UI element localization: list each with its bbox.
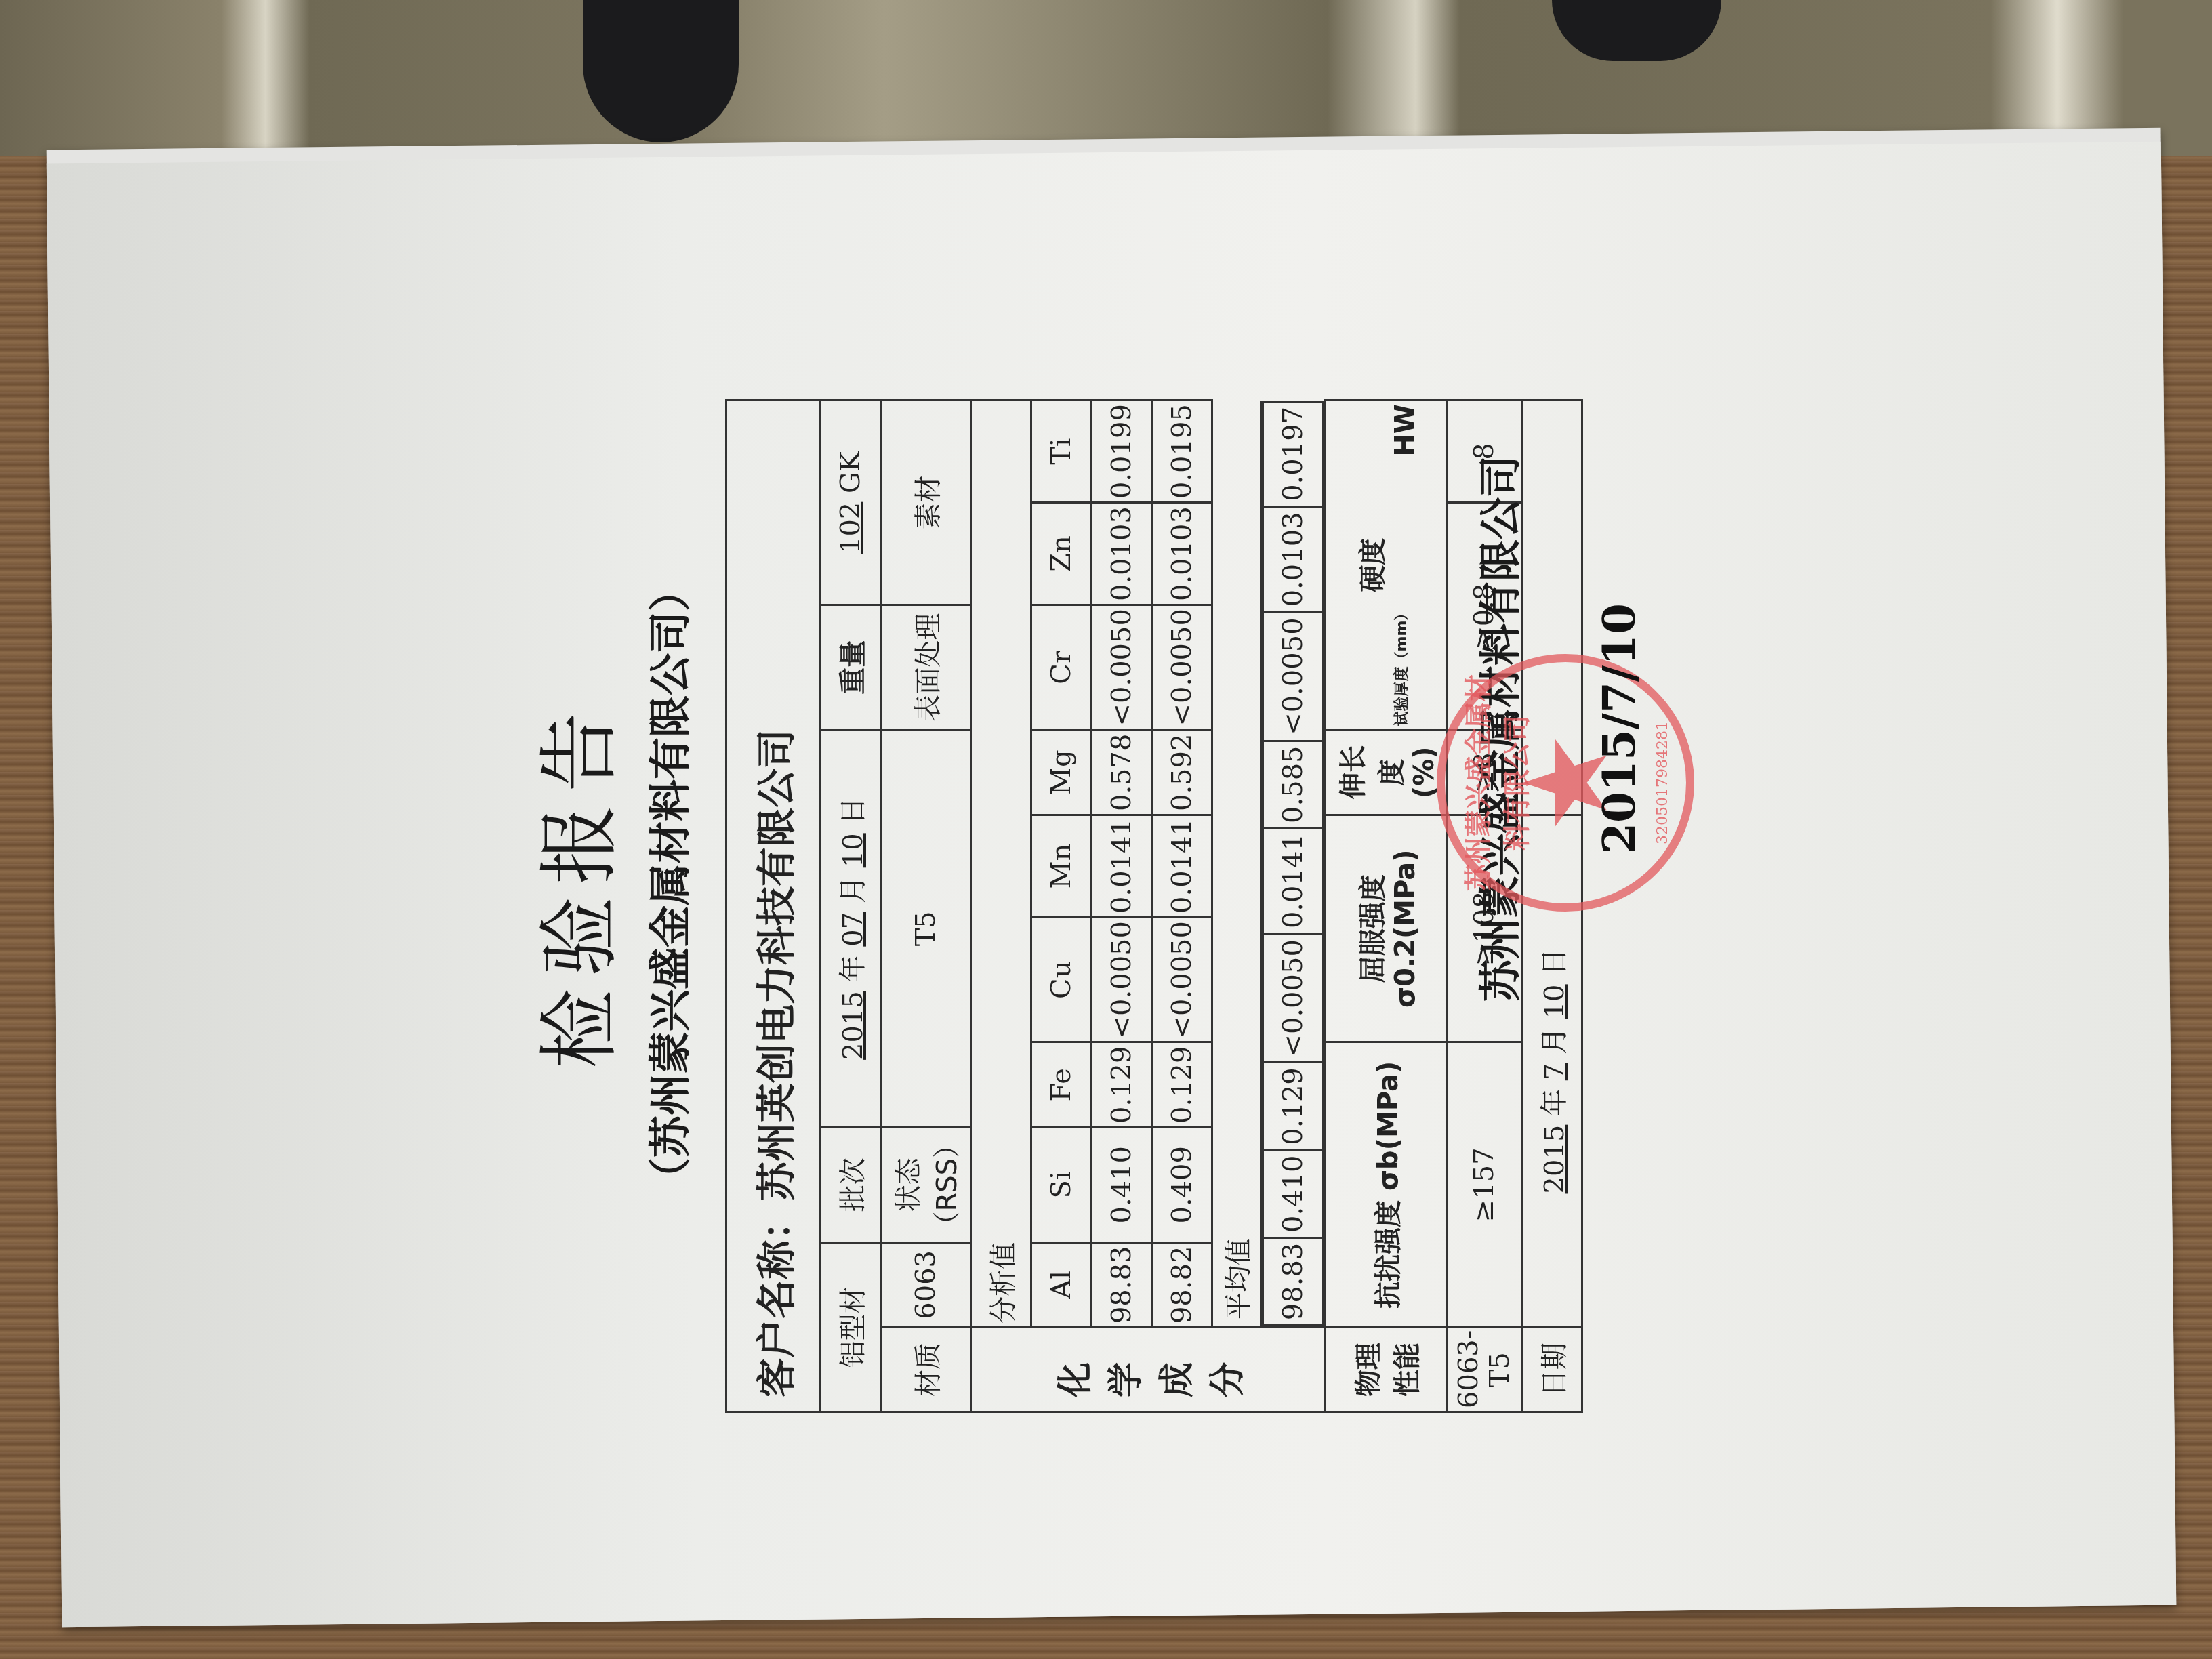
customer-name: 苏州英创电力科技有限公司 (754, 729, 800, 1201)
batch-date: 2015 年 07 月 10 日 (821, 730, 881, 1127)
sample2-ti: 0.0195 (1152, 401, 1212, 503)
sample1-mn: 0.0141 (1092, 815, 1152, 918)
sample1-ti: 0.0199 (1092, 401, 1152, 503)
yield-label: 屈服强度 σ0.2(MPa) (1326, 815, 1447, 1042)
sample1-zn: 0.0103 (1092, 503, 1152, 605)
average-si: 0.410 (1263, 1150, 1324, 1237)
average-values: 98.830.4100.129<0.00500.01410.585<0.0050… (1263, 401, 1324, 1326)
chemical-section-label: 化学成分 (971, 1328, 1326, 1412)
average-ti: 0.0197 (1263, 401, 1324, 507)
grade-value: 6063-T5 (1447, 1328, 1522, 1412)
average-mg: 0.585 (1263, 741, 1324, 828)
report-table: 客户名称：苏州英创电力科技有限公司 铝型材 批次 2015 年 07 月 10 … (725, 399, 1583, 1413)
thickness-label: 试验厚度（mm） (1390, 606, 1421, 726)
sample1-si: 0.410 (1092, 1128, 1152, 1243)
element-header-row: AlSiFeCuMnMgCrZnTi (1031, 401, 1092, 1412)
chemical-row: 98.830.4100.129<0.00500.01410.578<0.0050… (1092, 401, 1152, 1412)
seal-number: 3205017984281 (1654, 662, 1671, 903)
customer-label: 客户名称： (754, 1201, 800, 1397)
sample2-mn: 0.0141 (1152, 815, 1212, 918)
sample1-fe: 0.129 (1092, 1042, 1152, 1128)
element-header-al: Al (1031, 1242, 1092, 1328)
hw-label: HW (1390, 404, 1421, 457)
surface-label: 表面处理 (881, 605, 971, 730)
analysis-label: 分析值 (971, 401, 1031, 1328)
sample2-al: 98.82 (1152, 1242, 1212, 1328)
sample1-cu: <0.0050 (1092, 918, 1152, 1042)
element-header-ti: Ti (1031, 401, 1092, 503)
element-header-cr: Cr (1031, 605, 1092, 730)
element-header-mg: Mg (1031, 730, 1092, 815)
element-header-cu: Cu (1031, 918, 1092, 1042)
elongation-label: 伸长度(%) (1326, 730, 1447, 815)
weight-value: 102 GK (821, 401, 881, 605)
product-name: 铝型材 (821, 1242, 881, 1412)
average-cr: <0.0050 (1263, 612, 1324, 741)
footer-date: 2015/7/10 (1593, 356, 1645, 1101)
sample2-fe: 0.129 (1152, 1042, 1212, 1128)
sample2-cr: <0.0050 (1152, 605, 1212, 730)
element-header-zn: Zn (1031, 503, 1092, 605)
average-row: 平均值 98.830.4100.129<0.00500.01410.585<0.… (1212, 401, 1326, 1412)
hardness-label: 硬度 (1351, 404, 1390, 726)
company-seal: 苏州蒙兴盛金属材料有限公司 ★ 3205017984281 (1437, 654, 1694, 912)
material-value: 6063 (881, 1242, 971, 1328)
average-fe: 0.129 (1263, 1063, 1324, 1150)
temper-label: 状态（RSS） (881, 1128, 971, 1243)
sample2-si: 0.409 (1152, 1128, 1212, 1243)
average-label: 平均值 (1213, 401, 1262, 1327)
temper-value: T5 (881, 730, 971, 1127)
material-row: 材质 6063 状态（RSS） T5 表面处理 素材 (881, 401, 971, 1412)
sample1-cr: <0.0050 (1092, 605, 1152, 730)
average-al: 98.83 (1263, 1237, 1324, 1325)
chemical-row: 98.820.4090.129<0.00500.01410.592<0.0050… (1152, 401, 1212, 1412)
report-subtitle: （苏州蒙兴盛金属材料有限公司） (637, 152, 697, 1616)
element-header-fe: Fe (1031, 1042, 1092, 1128)
customer-row: 客户名称：苏州英创电力科技有限公司 (726, 401, 821, 1412)
batch-label: 批次 (821, 1128, 881, 1243)
average-cu: <0.0050 (1263, 934, 1324, 1063)
sample2-zn: 0.0103 (1152, 503, 1212, 605)
element-header-mn: Mn (1031, 815, 1092, 918)
material-label: 材质 (881, 1328, 971, 1412)
date-label: 日期 (1522, 1328, 1582, 1412)
sample1-al: 98.83 (1092, 1242, 1152, 1328)
sample2-mg: 0.592 (1152, 730, 1212, 815)
tensile-label: 抗扰强度 σb(MPa) (1326, 1042, 1447, 1328)
physical-section-label: 物理性能 (1326, 1328, 1447, 1412)
product-row: 铝型材 批次 2015 年 07 月 10 日 重量 102 GK (821, 401, 881, 1412)
average-zn: 0.0103 (1263, 507, 1324, 612)
inspection-report: 检验报告 （苏州蒙兴盛金属材料有限公司） 客户名称：苏州英创电力科技有限公司 铝… (54, 152, 2169, 1616)
report-title: 检验报告 (515, 152, 630, 1616)
physical-header-row: 物理性能 抗扰强度 σb(MPa) 屈服强度 σ0.2(MPa) 伸长度(%) … (1326, 401, 1447, 1412)
sample2-cu: <0.0050 (1152, 918, 1212, 1042)
analysis-header-row: 化学成分 分析值 (971, 401, 1031, 1412)
weight-label: 重量 (821, 605, 881, 730)
sample1-mg: 0.578 (1092, 730, 1152, 815)
average-mn: 0.0141 (1263, 828, 1324, 933)
element-header-si: Si (1031, 1128, 1092, 1243)
surface-value: 素材 (881, 401, 971, 605)
